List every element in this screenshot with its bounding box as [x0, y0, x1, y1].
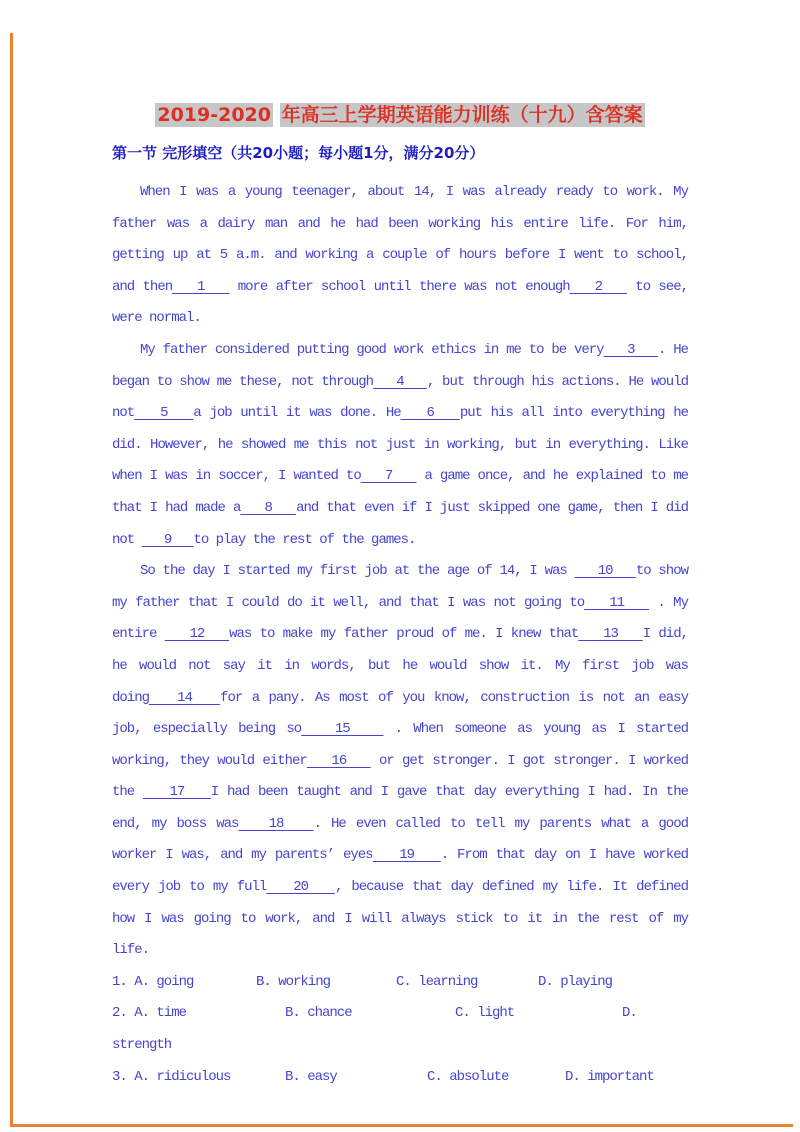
cloze-blank-3: 3 — [604, 342, 658, 358]
question-row-3: 3. A. ridiculousB. easyC. absoluteD. imp… — [112, 1062, 688, 1094]
cloze-blank-4: 4 — [373, 374, 427, 390]
cloze-passage: When I was a young teenager, about 14, I… — [112, 177, 688, 967]
cloze-blank-10: 10 — [575, 563, 636, 579]
question-2-option-a: 2. A. time — [112, 998, 285, 1030]
text-run: So the day I started my first job at the… — [140, 563, 575, 579]
cloze-blank-1: 1 — [172, 279, 229, 295]
question-3-option-c: C. absolute — [427, 1062, 565, 1094]
question-1-option-a: 1. A. going — [112, 967, 256, 999]
question-3-option-b: B. easy — [285, 1062, 427, 1094]
doc-title: 2019-2020 年高三上学期英语能力训练（十九）含答案 — [112, 101, 688, 129]
cloze-blank-19: 19 — [373, 847, 441, 863]
doc-title-main: 年高三上学期英语能力训练（十九）含答案 — [280, 103, 645, 127]
question-2-option-c: C. light — [455, 998, 622, 1030]
cloze-paragraph-3: So the day I started my first job at the… — [112, 556, 688, 967]
text-run: a job until it was done. He — [193, 405, 400, 421]
document-page: 2019-2020 年高三上学期英语能力训练（十九）含答案 第一节 完形填空（共… — [0, 0, 800, 1132]
question-2-option-d-wrapped-text: strength — [112, 1030, 688, 1062]
doc-title-year: 2019-2020 — [155, 103, 273, 127]
cloze-blank-7: 7 — [361, 468, 417, 484]
question-1-option-d: D. playing — [538, 967, 688, 999]
cloze-blank-5: 5 — [134, 405, 193, 421]
page-border-bottom — [10, 1124, 793, 1127]
cloze-blank-14: 14 — [149, 690, 220, 706]
cloze-blank-2: 2 — [570, 279, 627, 295]
cloze-blank-17: 17 — [143, 784, 211, 800]
cloze-blank-6: 6 — [401, 405, 460, 421]
question-1-option-c: C. learning — [396, 967, 538, 999]
text-run: to play the rest of the games. — [193, 532, 415, 548]
question-3-option-a: 3. A. ridiculous — [112, 1062, 285, 1094]
cloze-paragraph-1: When I was a young teenager, about 14, I… — [112, 177, 688, 335]
question-list: 1. A. goingB. workingC. learningD. playi… — [112, 967, 688, 1093]
cloze-blank-12: 12 — [165, 626, 229, 642]
question-2-option-b: B. chance — [285, 998, 455, 1030]
question-row-2: 2. A. timeB. chanceC. lightD. — [112, 998, 688, 1030]
document-content: 2019-2020 年高三上学期英语能力训练（十九）含答案 第一节 完形填空（共… — [112, 0, 688, 1093]
text-run: more after school until there was not en… — [229, 279, 569, 295]
text-run: My father considered putting good work e… — [140, 342, 604, 358]
cloze-blank-15: 15 — [301, 721, 383, 737]
cloze-blank-20: 20 — [266, 879, 335, 895]
question-3-option-d: D. important — [565, 1062, 688, 1094]
cloze-paragraph-2: My father considered putting good work e… — [112, 335, 688, 556]
cloze-blank-16: 16 — [307, 753, 371, 769]
page-border-left — [10, 33, 13, 1127]
cloze-blank-11: 11 — [584, 595, 649, 611]
cloze-blank-18: 18 — [238, 816, 313, 832]
cloze-blank-9: 9 — [142, 532, 194, 548]
question-2-option-d: D. — [622, 998, 688, 1030]
section-heading: 第一节 完形填空（共20小题；每小题1分，满分20分） — [112, 140, 688, 166]
question-1-option-b: B. working — [256, 967, 396, 999]
question-row-1: 1. A. goingB. workingC. learningD. playi… — [112, 967, 688, 999]
cloze-blank-13: 13 — [578, 626, 642, 642]
cloze-blank-8: 8 — [240, 500, 296, 516]
text-run: was to make my father proud of me. I kne… — [229, 626, 578, 642]
